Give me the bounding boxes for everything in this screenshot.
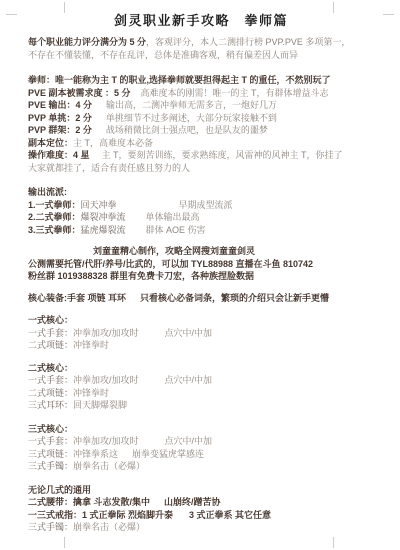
text-line: 一式核心： — [28, 314, 374, 327]
text-segment: 操作难度：4 星 — [28, 150, 90, 160]
text-segment: 崩拳名击（必爆） — [73, 461, 145, 471]
text-segment: 只看核心必备词条，繁琐的介绍只会让新手更懵 — [140, 293, 329, 303]
text-line: 粉丝群 1019388328 群里有免费卡刀宏，各种族捏脸数据 — [28, 270, 374, 283]
text-line: 二式项链：冲锋拳时 — [28, 387, 374, 400]
text-segment: 冲拳加攻/加攻时 — [73, 436, 139, 446]
block-class-rating: 拳师：唯一能称为主 T 的职业,选择拳师就要担得起主 T 的重任，不然别玩了PV… — [28, 74, 374, 174]
text-segment: 三式核心： — [28, 424, 73, 434]
text-segment: 群体 AOE 伤害 — [146, 225, 206, 235]
text-segment: 二式项链： — [28, 388, 73, 398]
text-line: 1.一式拳师：回天冲拳早期成型流派 — [28, 199, 374, 212]
text-segment: 粉丝群 1019388328 群里有免费卡刀宏，各种族捏脸数据 — [28, 271, 254, 281]
document-title: 剑灵职业新手攻略 拳师篇 — [28, 12, 374, 30]
text-line: 拳师：唯一能称为主 T 的职业,选择拳师就要担得起主 T 的重任，不然别玩了 — [28, 74, 374, 87]
document-blocks: 每个职业能力评分满分为 5 分，客观评分，本人二测排行榜 PVP.PVE 多项第… — [28, 36, 374, 534]
text-line: 2.二式拳师：爆裂冲拳流单体输出最高 — [28, 211, 374, 224]
text-segment: 点穴中/中加 — [165, 328, 213, 338]
text-segment: 三式项链： — [28, 449, 73, 459]
text-segment: PVE 输出：4 分 — [28, 100, 92, 110]
block-author-promo: 刘童童精心制作，攻略全网搜刘童童剑灵公测需要托管/代肝/养号/比武的，可以加 T… — [28, 245, 374, 283]
block-core-style2: 二式核心：一式手套：冲拳加攻/加攻时点穴中/中加二式项链：冲锋拳时三式耳环：回天… — [28, 362, 374, 412]
text-segment: 三式手镯： — [28, 461, 73, 471]
text-segment: 爆裂冲拳流 — [81, 212, 126, 222]
text-segment: 主 T，高难度本必备 — [73, 138, 153, 148]
text-segment: ，客观评分，本人二测排行榜 PVP.PVE 多项第一， — [146, 37, 350, 47]
text-segment: 点穴中/中加 — [165, 375, 213, 385]
text-segment: 猛虎爆裂流 — [81, 225, 126, 235]
text-segment: 山崩终/蹭苦协 — [164, 497, 221, 507]
text-segment: 单体输出最高 — [146, 212, 200, 222]
text-segment: 崩拳变猛虎掌感连 — [132, 449, 204, 459]
text-segment: 拳师：唯一能称为主 T 的职业,选择拳师就要担得起主 T 的重任，不然别玩了 — [28, 75, 331, 85]
text-line: 一式手套：冲拳加攻/加攻时点穴中/中加 — [28, 327, 374, 340]
text-line: 三式手镯：崩拳名击（必爆） — [28, 460, 374, 473]
text-line: PVE 副本被需求度 ：5 分高难度本的刚需！唯一的主 T，有群体增益斗志 — [28, 87, 374, 100]
text-line: 大家就都挂了，适合有责任感且努力的人 — [28, 162, 374, 175]
text-segment: 1.一式拳师： — [28, 200, 81, 210]
text-segment: 不存在不懂装懂，不存在乱评，总体是准确客观，稍有偏差因人而异 — [28, 50, 298, 60]
text-segment: 3.三式拳师： — [28, 225, 81, 235]
text-line: 三式手镯：崩拳名击（必爆） — [28, 521, 374, 534]
text-segment: 一式核心： — [28, 315, 73, 325]
text-segment: 刘童童精心制作，攻略全网搜刘童童剑灵 — [93, 246, 255, 256]
text-segment: 无论几式的通用 — [28, 485, 91, 495]
text-line: 公测需要托管/代肝/养号/比武的，可以加 TYL88988 直播在斗鱼 8107… — [28, 258, 374, 271]
text-line: 二式核心： — [28, 362, 374, 375]
text-segment: 3 式正拳系 其它任意 — [189, 510, 271, 520]
text-line: 核心装备:手套 项链 耳环只看核心必备词条，繁琐的介绍只会让新手更懵 — [28, 292, 374, 305]
text-line: PVE 输出：4 分输出高，二测冲拳师无需多言，一炮好几万 — [28, 99, 374, 112]
text-line: 无论几式的通用 — [28, 484, 374, 497]
block-core-style3: 三式核心：一式手套：冲拳加攻/加攻时点穴中/中加三式项链：冲锋拳系这崩拳变猛虎掌… — [28, 423, 374, 473]
text-line: 输出流派: — [28, 186, 374, 199]
text-line: 副本定位：主 T，高难度本必备 — [28, 137, 374, 150]
margin-mark-right-edge — [383, 14, 394, 15]
text-segment: 战场稍微比剑士强点吧，也是队友的噩梦 — [106, 125, 268, 135]
text-segment: 冲锋拳时 — [73, 340, 109, 350]
text-line: 三式核心： — [28, 423, 374, 436]
document-page: 剑灵职业新手攻略 拳师篇 每个职业能力评分满分为 5 分，客观评分，本人二测排行… — [0, 0, 400, 550]
text-line: PVP 单挑：2 分单挑细节不过多阐述，大部分玩家接触不到 — [28, 112, 374, 125]
margin-mark-bottom-right — [333, 537, 334, 548]
text-line: 刘童童精心制作，攻略全网搜刘童童剑灵 — [28, 245, 374, 258]
text-segment: 二式腰带： — [28, 497, 73, 507]
text-segment: 2.二式拳师： — [28, 212, 81, 222]
text-segment: 回天冲拳 — [81, 200, 117, 210]
text-line: 三式项链：冲锋拳系这崩拳变猛虎掌感连 — [28, 448, 374, 461]
block-intro: 每个职业能力评分满分为 5 分，客观评分，本人二测排行榜 PVP.PVE 多项第… — [28, 36, 374, 61]
text-line: 3.三式拳师：猛虎爆裂流群体 AOE 伤害 — [28, 224, 374, 237]
text-segment: 核心装备:手套 项链 耳环 — [28, 293, 126, 303]
text-segment: 擒拿 斗志发散/集中 — [73, 497, 150, 507]
text-line: 每个职业能力评分满分为 5 分，客观评分，本人二测排行榜 PVP.PVE 多项第… — [28, 36, 374, 49]
text-segment: 主 T，要刻苦训练，要求熟练度，风雷神的风神主 T，你挂了 — [102, 150, 343, 160]
block-core-style1: 一式核心：一式手套：冲拳加攻/加攻时点穴中/中加二式项链：冲锋拳时 — [28, 314, 374, 352]
text-segment: 1 式正拳际 烈焰脚升泰 — [82, 510, 173, 520]
text-segment: 冲拳加攻/加攻时 — [73, 328, 139, 338]
text-segment: 冲拳加攻/加攻时 — [73, 375, 139, 385]
text-line: 不存在不懂装懂，不存在乱评，总体是准确客观，稍有偏差因人而异 — [28, 49, 374, 62]
text-line: 二式项链：冲锋拳时 — [28, 339, 374, 352]
text-segment: PVP 单挑：2 分 — [28, 113, 92, 123]
text-segment: 二式核心： — [28, 363, 73, 373]
margin-mark-bottom-left — [64, 537, 65, 548]
text-segment: PVP 群架：2 分 — [28, 125, 92, 135]
margin-mark-top-left — [64, 2, 65, 13]
text-segment: 一式手套： — [28, 436, 73, 446]
text-segment: 一式手套： — [28, 375, 73, 385]
text-segment: 一三式戒指： — [28, 510, 82, 520]
block-universal: 无论几式的通用二式腰带：擒拿 斗志发散/集中山崩终/蹭苦协一三式戒指：1 式正拳… — [28, 484, 374, 534]
text-segment: 二式项链： — [28, 340, 73, 350]
text-segment: 点穴中/中加 — [165, 436, 213, 446]
text-segment: 早期成型流派 — [179, 200, 233, 210]
text-segment: 一式手套： — [28, 328, 73, 338]
text-line: 一式手套：冲拳加攻/加攻时点穴中/中加 — [28, 435, 374, 448]
text-segment: 大家就都挂了，适合有责任感且努力的人 — [28, 163, 190, 173]
text-segment: 崩拳名击（必爆） — [73, 522, 145, 532]
margin-mark-top-right — [333, 2, 334, 13]
text-segment: 单挑细节不过多阐述，大部分玩家接触不到 — [106, 113, 277, 123]
text-segment: 冲锋拳系这 — [73, 449, 118, 459]
text-segment: 高难度本的刚需！唯一的主 T，有群体增益斗志 — [141, 88, 329, 98]
text-line: 操作难度：4 星主 T，要刻苦训练，要求熟练度，风雷神的风神主 T，你挂了 — [28, 149, 374, 162]
text-segment: 输出高，二测冲拳师无需多言，一炮好几万 — [106, 100, 277, 110]
margin-mark-left-edge — [6, 14, 17, 15]
text-segment: 冲锋拳时 — [73, 388, 109, 398]
text-segment: 每个职业能力评分满分为 5 分 — [28, 37, 146, 47]
text-segment: 回天脚爆裂脚 — [73, 400, 127, 410]
text-segment: 公测需要托管/代肝/养号/比武的，可以加 TYL88988 直播在斗鱼 8107… — [28, 259, 313, 269]
text-segment: PVE 副本被需求度 ：5 分 — [28, 88, 131, 98]
block-gear-header: 核心装备:手套 项链 耳环只看核心必备词条，繁琐的介绍只会让新手更懵 — [28, 292, 374, 305]
text-segment: 输出流派: — [28, 187, 67, 197]
text-segment: 三式耳环： — [28, 400, 73, 410]
block-output-styles: 输出流派:1.一式拳师：回天冲拳早期成型流派2.二式拳师：爆裂冲拳流单体输出最高… — [28, 186, 374, 236]
text-segment: 三式手镯： — [28, 522, 73, 532]
text-line: 一三式戒指：1 式正拳际 烈焰脚升泰3 式正拳系 其它任意 — [28, 509, 374, 522]
text-segment: 副本定位： — [28, 138, 73, 148]
text-line: PVP 群架：2 分战场稍微比剑士强点吧，也是队友的噩梦 — [28, 124, 374, 137]
text-line: 三式耳环：回天脚爆裂脚 — [28, 399, 374, 412]
text-line: 二式腰带：擒拿 斗志发散/集中山崩终/蹭苦协 — [28, 496, 374, 509]
text-line: 一式手套：冲拳加攻/加攻时点穴中/中加 — [28, 374, 374, 387]
